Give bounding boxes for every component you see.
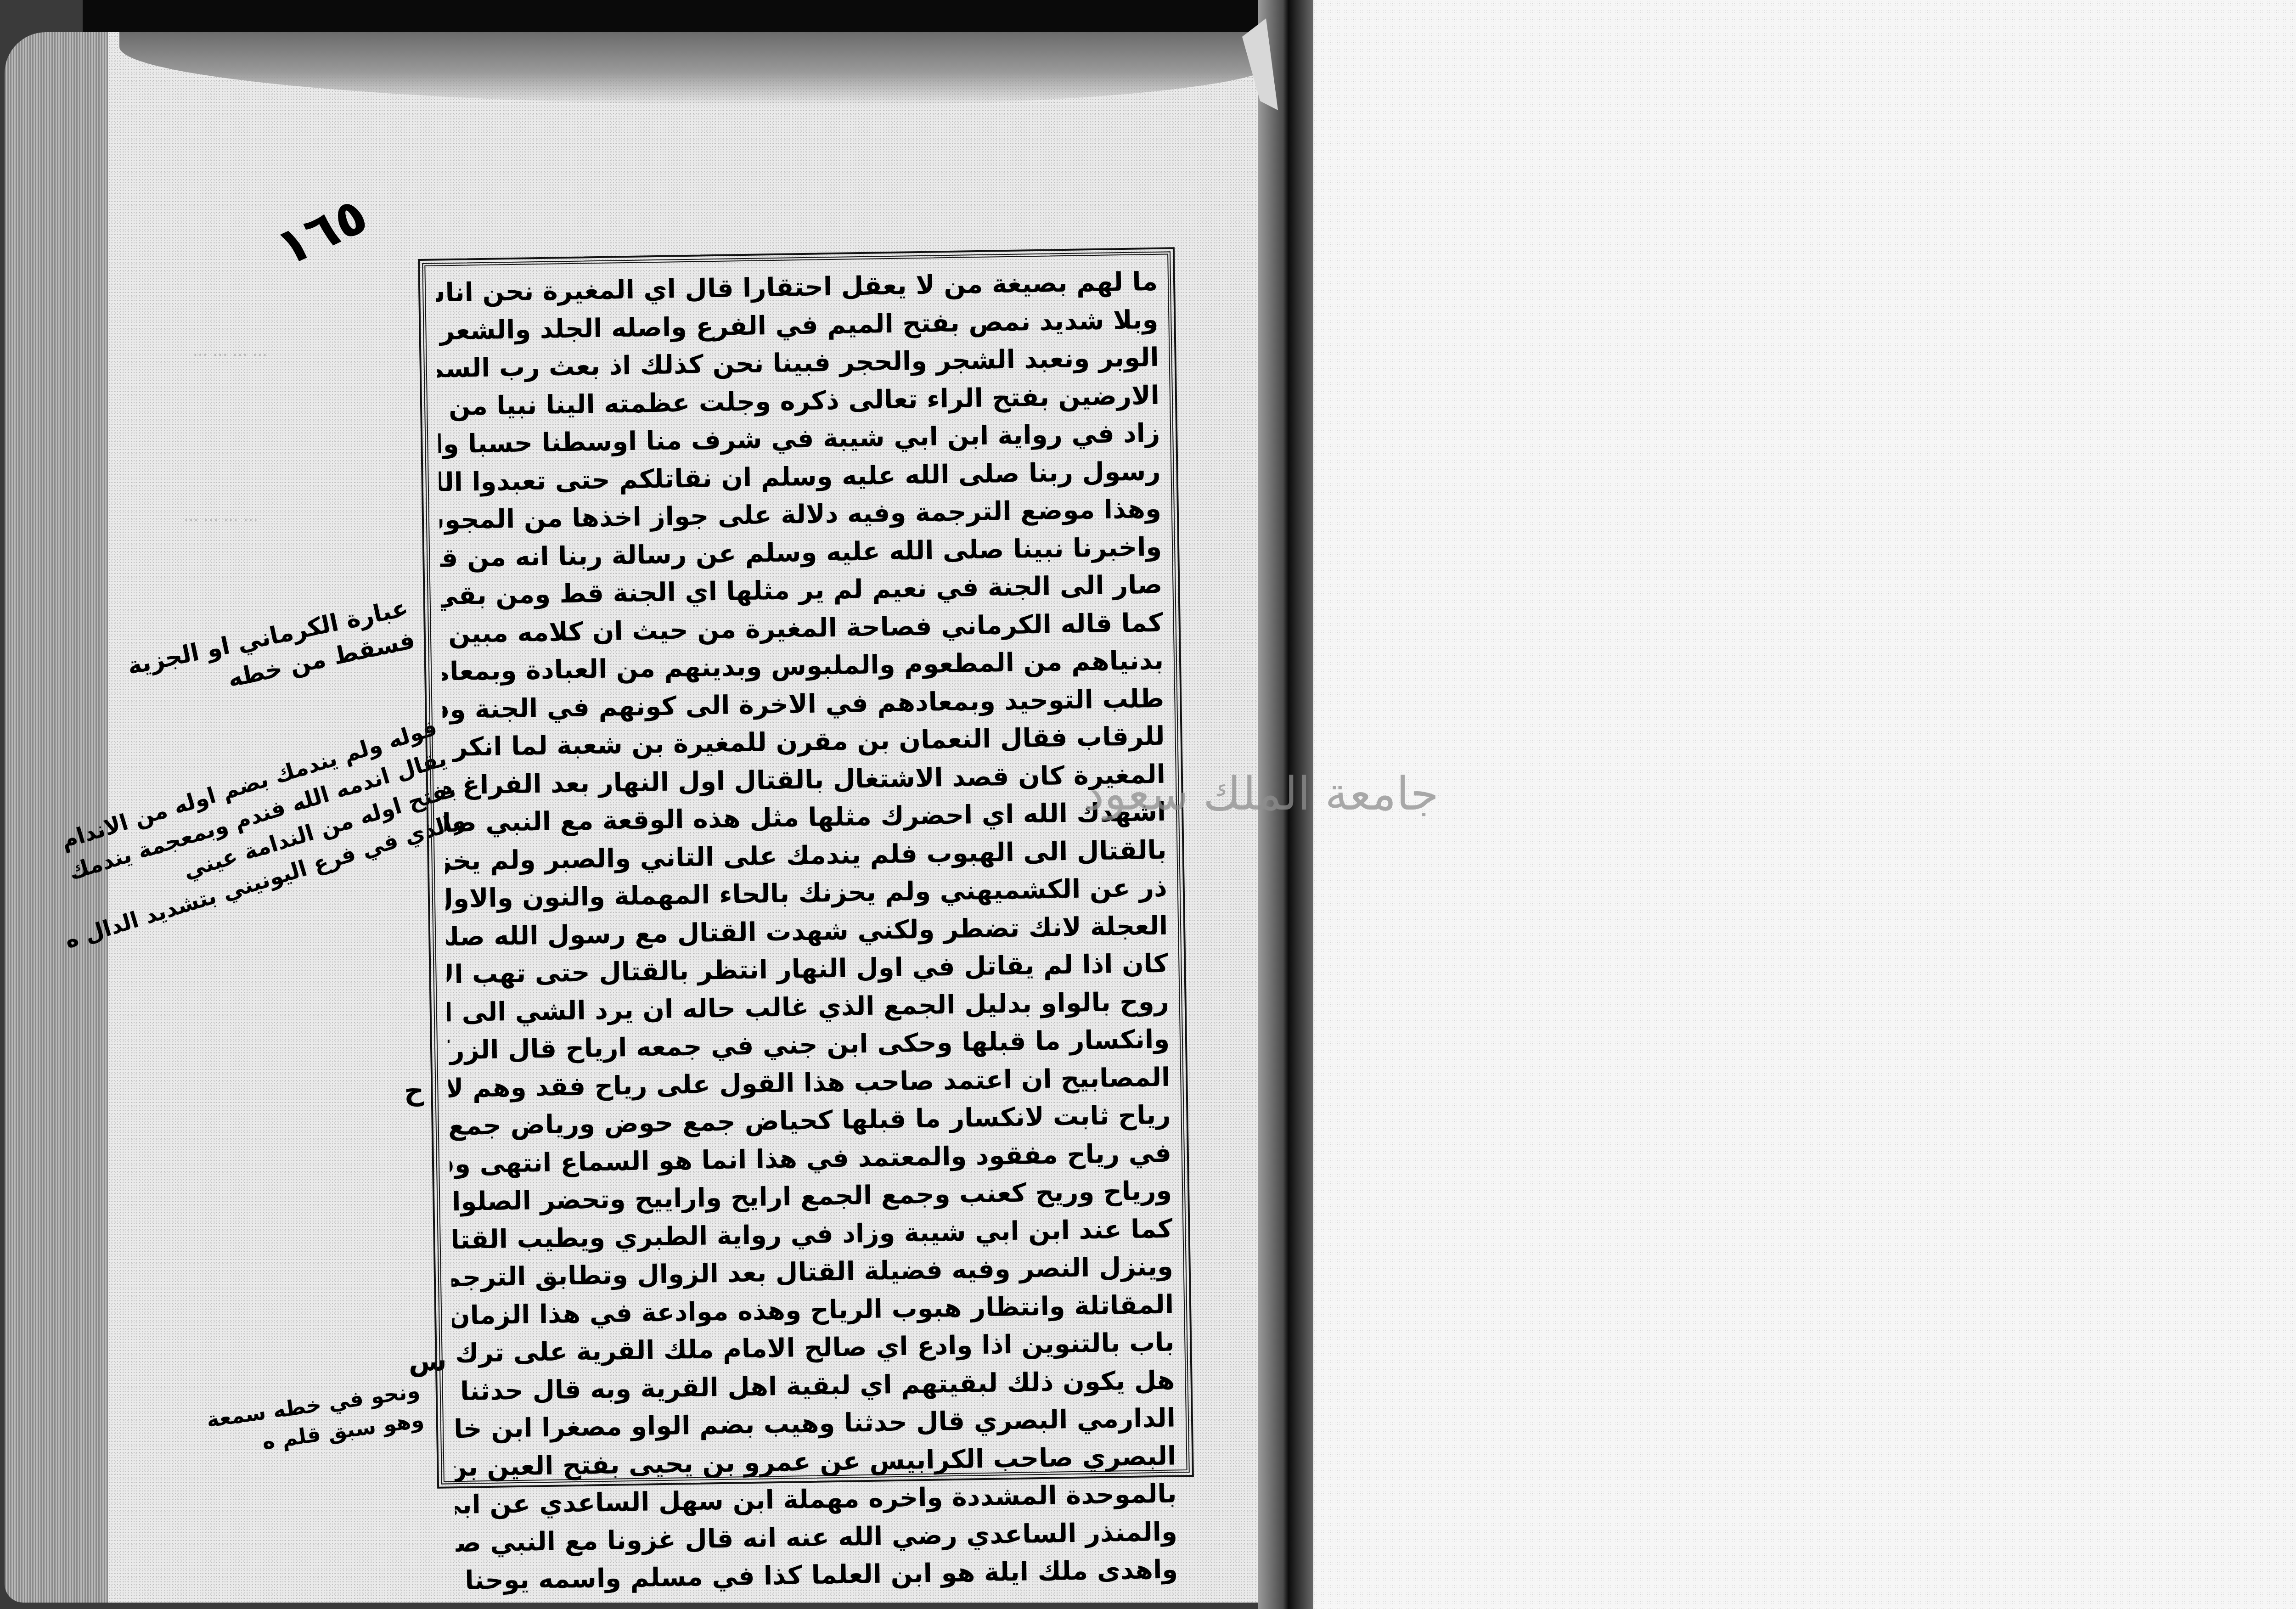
main-text-lines: ما لهم بصيغة من لا يعقل احتقارا قال اي ا… xyxy=(436,263,1178,1600)
main-text-block: ما لهم بصيغة من لا يعقل احتقارا قال اي ا… xyxy=(422,251,1190,1484)
library-watermark: جامعة الملك سعود xyxy=(1084,767,1439,821)
book-top-shadow xyxy=(83,0,1313,32)
manuscript-scan: ١٦٥ ... ... ... ... ... ... ... ... عبار… xyxy=(0,0,2296,1609)
bleed-through-text: ... ... ... ... xyxy=(184,505,258,527)
bleed-through-text: ... ... ... ... xyxy=(193,340,267,362)
marginal-marker-ha: ح xyxy=(404,1075,424,1107)
right-page-blank xyxy=(1313,0,2296,1609)
